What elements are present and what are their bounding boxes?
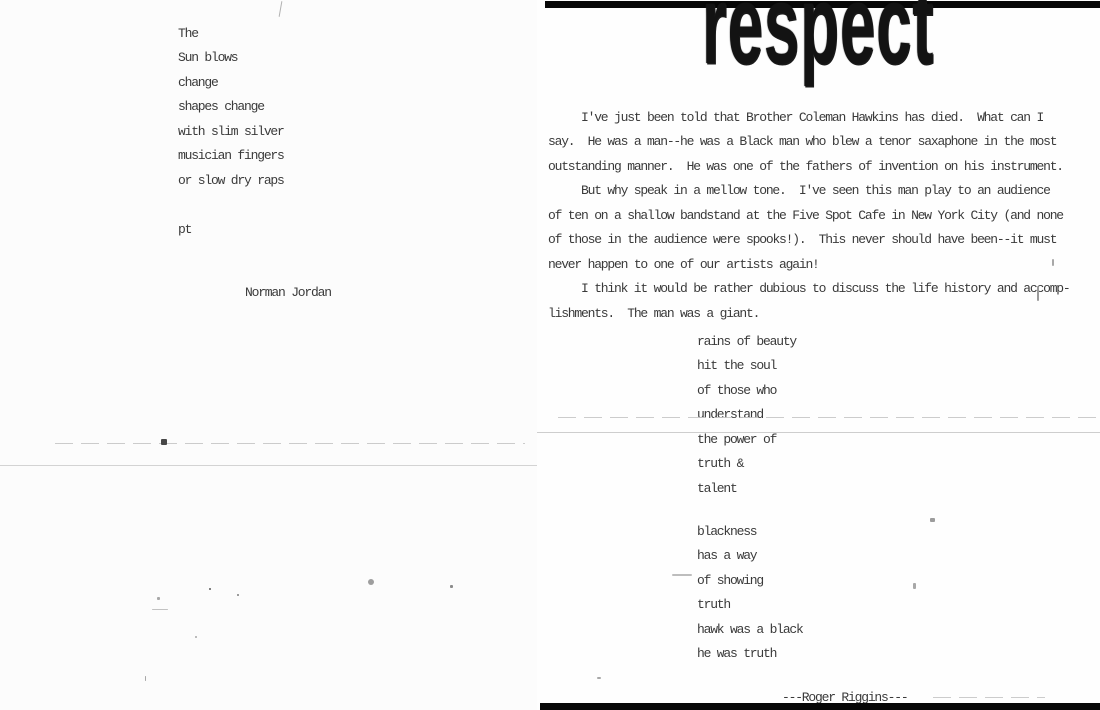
text-line: rains of beauty	[697, 330, 796, 354]
text-line: he was truth	[697, 642, 803, 666]
poem-stanza-2: blacknesshas a wayof showingtruthhawk wa…	[697, 520, 803, 667]
left-poem-author: Norman Jordan	[245, 284, 331, 302]
text-line: truth &	[697, 452, 796, 476]
bottom-edge-bar	[540, 703, 1100, 710]
text-line: outstanding manner. He was one of the fa…	[548, 155, 1070, 179]
poem-stanza-1: rains of beautyhit the soulof those whou…	[697, 330, 796, 501]
scanned-document: { "colors": { "ink": "#3a3a3a", "title_i…	[0, 0, 1100, 710]
scan-speck	[152, 609, 168, 610]
scan-artifact-line	[537, 432, 1100, 433]
text-line: has a way	[697, 544, 803, 568]
text-line: of ten on a shallow bandstand at the Fiv…	[548, 204, 1070, 228]
scan-speck	[1052, 259, 1054, 266]
top-edge-bar	[545, 1, 1100, 8]
scan-artifact-line	[0, 465, 537, 466]
text-line: lishments. The man was a giant.	[548, 302, 1070, 326]
right-page: respect I've just been told that Brother…	[537, 0, 1100, 710]
scan-speck	[930, 518, 935, 522]
scan-speck	[1037, 286, 1039, 301]
text-line: say. He was a man--he was a Black man wh…	[548, 130, 1070, 154]
text-line: hit the soul	[697, 354, 796, 378]
left-page: TheSun blowschangeshapes changewith slim…	[0, 0, 537, 710]
prose-body: I've just been told that Brother Coleman…	[548, 106, 1070, 326]
left-poem: TheSun blowschangeshapes changewith slim…	[178, 22, 284, 193]
scan-speck	[237, 594, 239, 596]
text-line: The	[178, 22, 284, 46]
scan-speck	[913, 583, 916, 589]
text-line: hawk was a black	[697, 618, 803, 642]
text-line: I think it would be rather dubious to di…	[548, 277, 1070, 301]
text-line: change	[178, 71, 284, 95]
scan-speck	[368, 579, 374, 585]
scan-speck	[672, 574, 692, 576]
text-line: But why speak in a mellow tone. I've see…	[548, 179, 1070, 203]
scan-speck	[597, 677, 601, 679]
scan-speck	[195, 636, 197, 638]
text-line: of those who	[697, 379, 796, 403]
scan-speck	[157, 597, 160, 600]
scan-speck	[209, 588, 211, 590]
text-line: never happen to one of our artists again…	[548, 253, 1070, 277]
text-line: of those in the audience were spooks!). …	[548, 228, 1070, 252]
text-line: understand	[697, 403, 796, 427]
text-line: or slow dry raps	[178, 169, 284, 193]
text-line: of showing	[697, 569, 803, 593]
scan-speck	[145, 676, 146, 681]
text-line: I've just been told that Brother Coleman…	[548, 106, 1070, 130]
scan-artifact-line	[933, 697, 1045, 698]
text-line: talent	[697, 477, 796, 501]
scan-speck	[450, 585, 453, 588]
text-line: shapes change	[178, 95, 284, 119]
scan-artifact-line	[55, 443, 525, 444]
page-title: respect	[702, 0, 934, 81]
scan-artifact-line	[558, 417, 1098, 418]
text-line: blackness	[697, 520, 803, 544]
scan-speck	[161, 439, 167, 445]
text-line: with slim silver	[178, 120, 284, 144]
text-line: Sun blows	[178, 46, 284, 70]
text-line: musician fingers	[178, 144, 284, 168]
left-poem-footer: pt	[178, 221, 191, 239]
text-line: truth	[697, 593, 803, 617]
